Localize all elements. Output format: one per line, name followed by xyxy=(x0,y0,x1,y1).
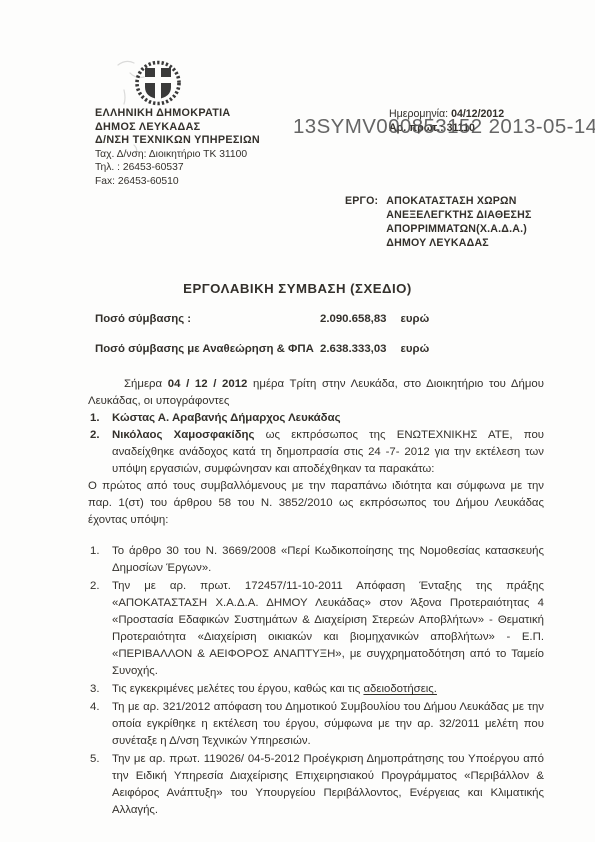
list-number: 3. xyxy=(90,681,100,698)
list-number: 1. xyxy=(90,543,100,560)
amount-currency: ευρώ xyxy=(401,343,430,355)
list-number: 1. xyxy=(90,410,100,427)
considerations-list: 1. Το άρθρο 30 του Ν. 3669/2008 «Περί Κω… xyxy=(88,543,544,819)
contract-amount-value: 2.090.658,83ευρώ xyxy=(320,313,429,325)
intro-date: 04 / 12 / 2012 xyxy=(168,378,248,390)
project-label: ΕΡΓΟ: xyxy=(345,194,378,250)
consideration-item: 3. Τις εγκεκριμένες μελέτες του έργου, κ… xyxy=(88,681,544,698)
signatory-item: 1. Κώστας Α. Αραβανής Δήμαρχος Λευκάδας xyxy=(88,410,544,427)
contract-amount-vat-label: Ποσό σύμβασης με Αναθεώρηση & ΦΠΑ xyxy=(95,343,314,355)
kimdis-registry-stamp: 13SYMV000853152 2013-05-14 xyxy=(293,115,595,139)
greek-coat-of-arms-icon xyxy=(133,60,183,106)
consideration-text: Το άρθρο 30 του Ν. 3669/2008 «Περί Κωδικ… xyxy=(112,545,544,574)
signatory-item: 2. Νικόλαος Χαμοσφακίδης ως εκπρόσωπος τ… xyxy=(88,427,544,478)
list-number: 2. xyxy=(90,578,100,595)
consideration-text: Τη με αρ. 321/2012 απόφαση του Δημοτικού… xyxy=(112,701,544,747)
authority-line: Δ/ΝΣΗ ΤΕΧΝΙΚΩΝ ΥΠΗΡΕΣΙΩΝ xyxy=(95,134,260,148)
authority-phone: Τηλ. : 26453-60537 xyxy=(95,161,260,175)
amount-currency: ευρώ xyxy=(401,313,430,325)
contract-amount-vat-value: 2.638.333,03ευρώ xyxy=(320,343,429,355)
consideration-underlined-text: αδειοδοτήσεις. xyxy=(363,683,437,695)
authority-line: ΕΛΛΗΝΙΚΗ ΔΗΜΟΚΡΑΤΙΑ xyxy=(95,107,260,121)
project-line: ΑΝΕΞΕΛΕΓΚΤΗΣ ΔΙΑΘΕΣΗΣ xyxy=(386,208,531,222)
amount-number: 2.638.333,03 xyxy=(320,343,387,355)
document-title: ΕΡΓΟΛΑΒΙΚΗ ΣΥΜΒΑΣΗ (ΣΧΕΔΙΟ) xyxy=(0,281,595,296)
contract-amount-label: Ποσό σύμβασης : xyxy=(95,313,191,325)
consideration-item: 5. Την με αρ. πρωτ. 119026/ 04-5-2012 Πρ… xyxy=(88,751,544,819)
intro-text: Σήμερα xyxy=(124,378,168,390)
contract-body: Σήμερα 04 / 12 / 2012 ημέρα Τρίτη στην Λ… xyxy=(88,376,544,820)
consideration-item: 2. Την με αρ. πρωτ. 172457/11-10-2011 Απ… xyxy=(88,578,544,680)
project-title-block: ΕΡΓΟ: ΑΠΟΚΑΤΑΣΤΑΣΗ ΧΩΡΩΝ ΑΝΕΞΕΛΕΓΚΤΗΣ ΔΙ… xyxy=(345,194,532,250)
consideration-text: Τις εγκεκριμένες μελέτες του έργου, καθώ… xyxy=(112,683,363,695)
authority-fax: Fax: 26453-60510 xyxy=(95,175,260,189)
project-line: ΑΠΟΡΡΙΜΜΑΤΩΝ(Χ.Α.Δ.Α.) xyxy=(386,222,531,236)
signatory-contractor-name: Νικόλαος Χαμοσφακίδης xyxy=(112,429,254,441)
issuing-authority-block: ΕΛΛΗΝΙΚΗ ΔΗΜΟΚΡΑΤΙΑ ΔΗΜΟΣ ΛΕΥΚΑΔΑΣ Δ/ΝΣΗ… xyxy=(95,107,260,189)
consideration-text: Την με αρ. πρωτ. 119026/ 04-5-2012 Προέγ… xyxy=(112,753,544,816)
list-number: 2. xyxy=(90,427,100,444)
authority-address: Ταχ. Δ/νση: Διοικητήριο ΤΚ 31100 xyxy=(95,148,260,162)
amount-number: 2.090.658,83 xyxy=(320,313,387,325)
project-line: ΑΠΟΚΑΤΑΣΤΑΣΗ ΧΩΡΩΝ xyxy=(386,194,531,208)
signatory-mayor: Κώστας Α. Αραβανής Δήμαρχος Λευκάδας xyxy=(112,412,341,424)
consideration-item: 4. Τη με αρ. 321/2012 απόφαση του Δημοτι… xyxy=(88,699,544,750)
project-line: ΔΗΜΟΥ ΛΕΥΚΑΔΑΣ xyxy=(386,236,531,250)
scanned-contract-page: ΕΛΛΗΝΙΚΗ ΔΗΜΟΚΡΑΤΙΑ ΔΗΜΟΣ ΛΕΥΚΑΔΑΣ Δ/ΝΣΗ… xyxy=(0,0,595,842)
list-number: 4. xyxy=(90,699,100,716)
consideration-text: Την με αρ. πρωτ. 172457/11-10-2011 Απόφα… xyxy=(112,580,544,677)
authority-line: ΔΗΜΟΣ ΛΕΥΚΑΔΑΣ xyxy=(95,121,260,135)
intro-paragraph: Σήμερα 04 / 12 / 2012 ημέρα Τρίτη στην Λ… xyxy=(88,376,544,410)
clause-paragraph: Ο πρώτος από τους συμβαλλόμενους με την … xyxy=(88,478,544,529)
consideration-item: 1. Το άρθρο 30 του Ν. 3669/2008 «Περί Κω… xyxy=(88,543,544,577)
list-number: 5. xyxy=(90,751,100,768)
